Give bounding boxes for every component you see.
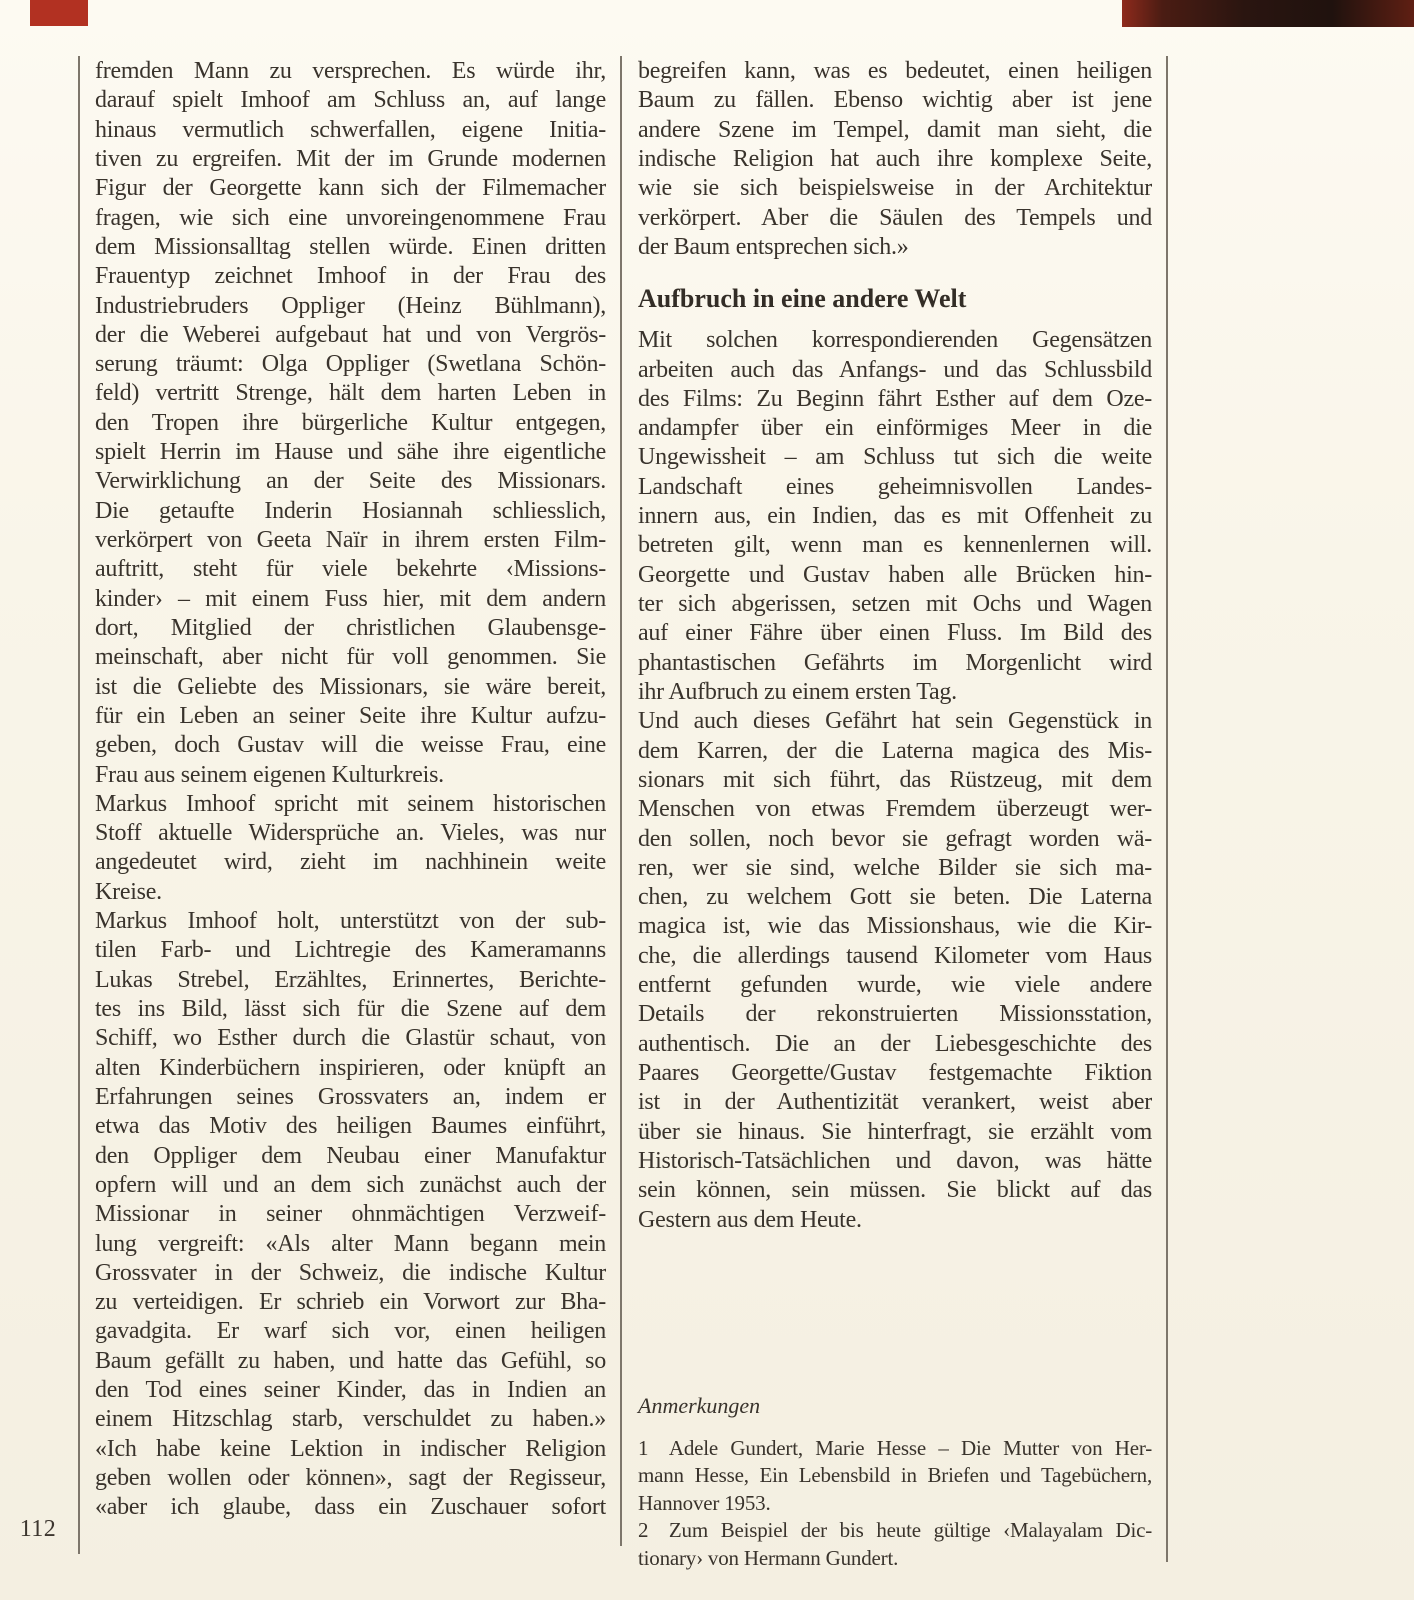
text-line: fragen, wie sich eine unvoreingenommene … — [95, 204, 606, 233]
text-line: Markus Imhoof holt, unterstützt von der … — [95, 907, 606, 936]
text-line: opfern will und an dem sich zunächst auc… — [95, 1171, 606, 1200]
text-line: begreifen kann, was es bedeutet, einen h… — [638, 57, 1152, 86]
text-line: magica ist, wie das Missionshaus, wie di… — [638, 912, 1152, 941]
text-line: geben wollen oder können», sagt der Regi… — [95, 1464, 606, 1493]
text-line: den sollen, noch bevor sie gefragt worde… — [638, 825, 1152, 854]
text-line: innern aus, ein Indien, das es mit Offen… — [638, 502, 1152, 531]
text-line: Die getaufte Inderin Hosiannah schliessl… — [95, 497, 606, 526]
text-line: den Tod eines seiner Kinder, das in Indi… — [95, 1376, 606, 1405]
text-line: Baum zu fällen. Ebenso wichtig aber ist … — [638, 86, 1152, 115]
text-line: Georgette und Gustav haben alle Brücken … — [638, 561, 1152, 590]
text-line: lung vergreift: «Als alter Mann begann m… — [95, 1230, 606, 1259]
text-line: sionars mit sich führt, das Rüstzeug, mi… — [638, 766, 1152, 795]
text-line: Details der rekonstruierten Missionsstat… — [638, 1000, 1152, 1029]
text-line: dem Karren, der die Laterna magica des M… — [638, 737, 1152, 766]
text-line: Stoff aktuelle Widersprüche an. Vieles, … — [95, 819, 606, 848]
text-line: ren, wer sie sind, welche Bilder sie sic… — [638, 854, 1152, 883]
footnotes-title: Anmerkungen — [638, 1391, 1152, 1421]
text-line: darauf spielt Imhoof am Schluss an, auf … — [95, 86, 606, 115]
text-line: meinschaft, aber nicht für voll genommen… — [95, 643, 606, 672]
text-line: phantastischen Gefährts im Morgenlicht w… — [638, 649, 1152, 678]
text-line: serung träumt: Olga Oppliger (Swetlana S… — [95, 350, 606, 379]
text-line: tes ins Bild, lässt sich für die Szene a… — [95, 995, 606, 1024]
text-line: gavadgita. Er warf sich vor, einen heili… — [95, 1317, 606, 1346]
text-line: kinder› – mit einem Fuss hier, mit dem a… — [95, 585, 606, 614]
text-line: der die Weberei aufgebaut hat und von Ve… — [95, 321, 606, 350]
text-line: ist in der Authentizität verankert, weis… — [638, 1088, 1152, 1117]
text-line: feld) vertritt Strenge, hält dem harten … — [95, 379, 606, 408]
text-line: hinaus vermutlich schwerfallen, eigene I… — [95, 116, 606, 145]
text-line: Hannover 1953. — [638, 1490, 1152, 1518]
text-line: dort, Mitglied der christlichen Glaubens… — [95, 614, 606, 643]
text-line: für ein Leben an seiner Seite ihre Kultu… — [95, 702, 606, 731]
text-line: che, die allerdings tausend Kilometer vo… — [638, 942, 1152, 971]
text-line: Schiff, wo Esther durch die Glastür scha… — [95, 1024, 606, 1053]
text-line: Ungewissheit – am Schluss tut sich die w… — [638, 443, 1152, 472]
paragraph: Markus Imhoof holt, unterstützt von der … — [95, 907, 606, 1523]
text-line: über sie hinaus. Sie hinterfragt, sie er… — [638, 1118, 1152, 1147]
column-left: fremden Mann zu versprechen. Es würde ih… — [95, 57, 606, 1523]
text-line: der Baum entsprechen sich.» — [638, 233, 1152, 262]
paragraph: 1 Adele Gundert, Marie Hesse – Die Mutte… — [638, 1435, 1152, 1518]
footnotes-list: 1 Adele Gundert, Marie Hesse – Die Mutte… — [638, 1435, 1152, 1573]
text-line: Lukas Strebel, Erzähltes, Erinnertes, Be… — [95, 966, 606, 995]
text-line: Und auch dieses Gefährt hat sein Gegenst… — [638, 707, 1152, 736]
text-line: indische Religion hat auch ihre komplexe… — [638, 145, 1152, 174]
text-line: einem Hitzschlag starb, verschuldet zu h… — [95, 1405, 606, 1434]
text-line: geben, doch Gustav will die weisse Frau,… — [95, 731, 606, 760]
text-line: «aber ich glaube, dass ein Zuschauer sof… — [95, 1493, 606, 1522]
text-line: Erfahrungen seines Grossvaters an, indem… — [95, 1083, 606, 1112]
text-line: tilen Farb- und Lichtregie des Kameraman… — [95, 936, 606, 965]
paragraph: fremden Mann zu versprechen. Es würde ih… — [95, 57, 606, 790]
text-line: Missionar in seiner ohnmächtigen Verzwei… — [95, 1200, 606, 1229]
text-line: Menschen von etwas Fremdem überzeugt wer… — [638, 795, 1152, 824]
text-line: mann Hesse, Ein Lebensbild in Briefen un… — [638, 1462, 1152, 1490]
text-line: angedeutet wird, zieht im nachhinein wei… — [95, 848, 606, 877]
paragraph: 2 Zum Beispiel der bis heute gültige ‹Ma… — [638, 1517, 1152, 1572]
text-line: Landschaft eines geheimnisvollen Landes- — [638, 473, 1152, 502]
paragraph: Und auch dieses Gefährt hat sein Gegenst… — [638, 707, 1152, 1235]
text-line: ihr Aufbruch zu einem ersten Tag. — [638, 678, 1152, 707]
text-line: ter sich abgerissen, setzen mit Ochs und… — [638, 590, 1152, 619]
text-line: Frauentyp zeichnet Imhoof in der Frau de… — [95, 262, 606, 291]
text-line: Mit solchen korrespondierenden Gegensätz… — [638, 326, 1152, 355]
paragraph: begreifen kann, was es bedeutet, einen h… — [638, 57, 1152, 262]
left-margin-rule — [78, 56, 80, 1554]
text-line: dem Missionsalltag stellen würde. Einen … — [95, 233, 606, 262]
text-line: Kreise. — [95, 878, 606, 907]
text-line: arbeiten auch das Anfangs- und das Schlu… — [638, 356, 1152, 385]
text-line: zu verteidigen. Er schrieb ein Vorwort z… — [95, 1288, 606, 1317]
print-mark-red — [30, 0, 88, 26]
footnotes-section: Anmerkungen 1 Adele Gundert, Marie Hesse… — [638, 1391, 1152, 1573]
text-line: fremden Mann zu versprechen. Es würde ih… — [95, 57, 606, 86]
text-line: Baum gefällt zu haben, und hatte das Gef… — [95, 1347, 606, 1376]
scanned-page: 112 fremden Mann zu versprechen. Es würd… — [0, 0, 1414, 1600]
text-line: Markus Imhoof spricht mit seinem histori… — [95, 790, 606, 819]
text-line: authentisch. Die an der Liebesgeschichte… — [638, 1030, 1152, 1059]
page-number: 112 — [8, 1516, 68, 1543]
column-right-body: begreifen kann, was es bedeutet, einen h… — [638, 57, 1152, 1235]
text-line: etwa das Motiv des heiligen Baumes einfü… — [95, 1112, 606, 1141]
text-line: Frau aus seinem eigenen Kulturkreis. — [95, 761, 606, 790]
text-line: auftritt, steht für viele bekehrte ‹Miss… — [95, 555, 606, 584]
text-line: entfernt gefunden wurde, wie viele ander… — [638, 971, 1152, 1000]
text-line: tiven zu ergreifen. Mit der im Grunde mo… — [95, 145, 606, 174]
text-line: sein können, sein müssen. Sie blickt auf… — [638, 1176, 1152, 1205]
text-line: spielt Herrin im Hause und sähe ihre eig… — [95, 438, 606, 467]
text-line: Industriebruders Oppliger (Heinz Bühlman… — [95, 292, 606, 321]
text-line: Paares Georgette/Gustav festgemachte Fik… — [638, 1059, 1152, 1088]
text-line: alten Kinderbüchern inspirieren, oder kn… — [95, 1054, 606, 1083]
text-line: den Tropen ihre bürgerliche Kultur entge… — [95, 409, 606, 438]
paragraph: Mit solchen korrespondierenden Gegensätz… — [638, 326, 1152, 707]
text-line: auf einer Fähre über einen Fluss. Im Bil… — [638, 619, 1152, 648]
text-line: 2 Zum Beispiel der bis heute gültige ‹Ma… — [638, 1517, 1152, 1545]
text-line: «Ich habe keine Lektion in indischer Rel… — [95, 1435, 606, 1464]
text-line: verkörpert. Aber die Säulen des Tempels … — [638, 204, 1152, 233]
text-line: chen, zu welchem Gott sie beten. Die Lat… — [638, 883, 1152, 912]
right-margin-rule — [1166, 56, 1168, 1562]
text-line: verkörpert von Geeta Naïr in ihrem erste… — [95, 526, 606, 555]
text-line: Grossvater in der Schweiz, die indische … — [95, 1259, 606, 1288]
text-line: Verwirklichung an der Seite des Missiona… — [95, 467, 606, 496]
section-heading: Aufbruch in eine andere Welt — [638, 283, 1152, 315]
text-line: den Oppliger dem Neubau einer Manufaktur — [95, 1142, 606, 1171]
column-divider-rule — [620, 56, 622, 1546]
text-line: Gestern aus dem Heute. — [638, 1206, 1152, 1235]
text-line: Figur der Georgette kann sich der Filmem… — [95, 174, 606, 203]
text-line: 1 Adele Gundert, Marie Hesse – Die Mutte… — [638, 1435, 1152, 1463]
text-line: andere Szene im Tempel, damit man sieht,… — [638, 116, 1152, 145]
text-line: ist die Geliebte des Missionars, sie wär… — [95, 673, 606, 702]
paragraph: Markus Imhoof spricht mit seinem histori… — [95, 790, 606, 907]
column-right: begreifen kann, was es bedeutet, einen h… — [638, 57, 1152, 1572]
text-line: andampfer über ein einförmiges Meer in d… — [638, 414, 1152, 443]
text-line: betreten gilt, wenn man es kennenlernen … — [638, 531, 1152, 560]
text-line: tionary› von Hermann Gundert. — [638, 1545, 1152, 1573]
text-line: Historisch-Tatsächlichen und davon, was … — [638, 1147, 1152, 1176]
print-mark-dark-bar — [1122, 0, 1414, 27]
text-line: des Films: Zu Beginn fährt Esther auf de… — [638, 385, 1152, 414]
text-line: wie sie sich beispielsweise in der Archi… — [638, 174, 1152, 203]
